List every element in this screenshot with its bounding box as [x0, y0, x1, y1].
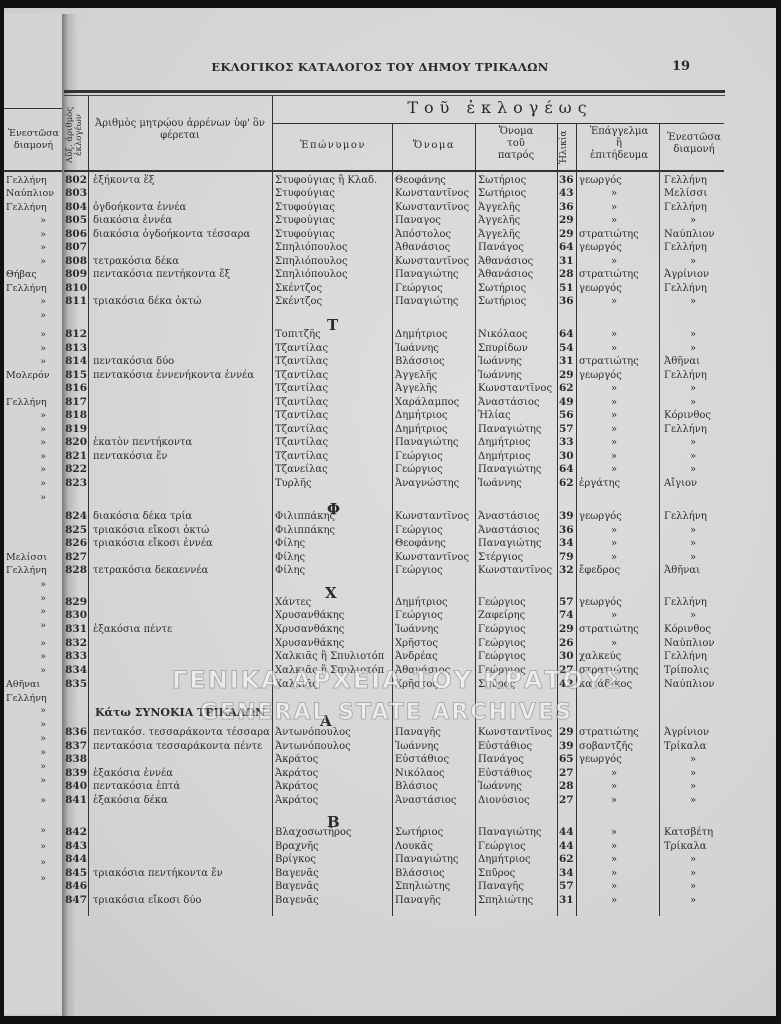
name-cell: Βλάσσιος [395, 867, 445, 880]
age-cell: 54 [559, 342, 574, 355]
col-rule-residence [659, 124, 660, 916]
surname-cell: Σκέντζος [275, 295, 322, 308]
name-cell: Γεώργιος [395, 524, 443, 537]
surname-cell: Ἀντωνόπουλος [275, 740, 351, 753]
residence-cell: Ἀγρίνιον [664, 726, 709, 739]
name-cell: Δημήτριος [395, 328, 448, 341]
age-cell: 65 [559, 753, 574, 766]
age-cell: 49 [559, 396, 574, 409]
surname-cell: Χρυσανθάκης [275, 623, 344, 636]
prev-page-residence: » [6, 491, 60, 504]
age-cell: 30 [559, 450, 574, 463]
name-cell: Ἰωάννης [395, 740, 439, 753]
residence-cell: » [664, 524, 722, 537]
row-number: 840 [65, 780, 87, 793]
header-bottom-rule [64, 170, 724, 172]
prev-page-residence: Ναύπλιον [6, 187, 60, 200]
name-cell: Δημήτριος [395, 423, 448, 436]
father-name-cell: Παναγιώτης [478, 826, 541, 839]
name-cell: Χρῆστος [395, 637, 438, 650]
father-name-cell: Παναγιώτης [478, 537, 541, 550]
name-cell: Κωνσταντῖνος [395, 201, 469, 214]
col-rule-occupation [576, 124, 577, 916]
row-number: 807 [65, 241, 87, 254]
row-number: 803 [65, 187, 87, 200]
residence-cell: » [664, 753, 722, 766]
registry-words: διακόσια ἐννέα [93, 214, 172, 227]
header-occupation: Ἐπάγγελμα ἢ ἐπιτήδευμα [580, 126, 658, 162]
occupation-cell: » [579, 551, 649, 564]
surname-cell: Φιλιππάκης [275, 510, 335, 523]
occupation-cell: » [579, 342, 649, 355]
header-registry: Ἀριθμὸς μητρῴου ἀρρένων ὑφ' ὃν φέρεται [95, 118, 265, 142]
prev-page-residence: Μολερόν [6, 369, 60, 382]
name-cell: Ἀγγελῆς [395, 382, 437, 395]
header-surname: Ἐπώνυμον [274, 140, 392, 152]
prev-header-bottom-rule [4, 170, 62, 172]
occupation-cell: » [579, 826, 649, 839]
residence-cell: Ἀθῆναι [664, 355, 700, 368]
header-residence: Ἐνεστῶσα διαμονή [662, 132, 726, 156]
row-number: 817 [65, 396, 87, 409]
occupation-cell: » [579, 409, 649, 422]
surname-cell: Τζαντίλας [275, 355, 328, 368]
father-name-cell: Κωνσταντῖνος [478, 382, 552, 395]
occupation-cell: » [579, 637, 649, 650]
row-number: 829 [65, 596, 87, 609]
occupation-cell: » [579, 524, 649, 537]
age-cell: 36 [559, 295, 574, 308]
surname-cell: Χρυσανθάκης [275, 609, 344, 622]
row-number: 806 [65, 228, 87, 241]
father-name-cell: Δημήτριος [478, 450, 531, 463]
age-cell: 34 [559, 867, 574, 880]
age-cell: 27 [559, 767, 574, 780]
occupation-cell: » [579, 382, 649, 395]
registry-words: τριακόσια εἴκοσι ἐννέα [93, 537, 213, 550]
occupation-cell: στρατιώτης [579, 228, 649, 241]
name-cell: Κωνσταντῖνος [395, 551, 469, 564]
prev-page-residence: Γελλήνη [6, 174, 60, 187]
surname-cell: Τζαντίλας [275, 342, 328, 355]
registry-words: ὀγδοήκοντα ἐννέα [93, 201, 186, 214]
name-cell: Ἰωάννης [395, 342, 439, 355]
surname-cell: Στυφούγιας [275, 201, 335, 214]
registry-words: ἑκατὸν πεντήκοντα [93, 436, 192, 449]
prev-page-residence: » [6, 840, 60, 853]
name-cell: Παναγιώτης [395, 295, 458, 308]
occupation-cell: » [579, 396, 649, 409]
age-cell: 31 [559, 255, 574, 268]
father-name-cell: Γεώργιος [478, 623, 526, 636]
prev-page-residence: » [6, 704, 60, 717]
age-cell: 44 [559, 826, 574, 839]
prev-page-residence: » [6, 309, 60, 322]
prev-page-residence: » [6, 241, 60, 254]
occupation-cell: » [579, 867, 649, 880]
name-cell: Γεώργιος [395, 463, 443, 476]
occupation-cell: » [579, 880, 649, 893]
father-name-cell: Γεώργιος [478, 637, 526, 650]
name-cell: Νικόλαος [395, 767, 445, 780]
row-number: 844 [65, 853, 87, 866]
residence-cell: » [664, 396, 722, 409]
residence-cell: Γελλήνη [664, 369, 707, 382]
prev-page-residence: Γελλήνη [6, 564, 60, 577]
row-number: 835 [65, 678, 87, 691]
occupation-cell: στρατιώτης [579, 355, 649, 368]
prev-page-residence: » [6, 436, 60, 449]
name-cell: Ἰωάννης [395, 623, 439, 636]
occupation-cell: ἔφεδρος [579, 564, 649, 577]
prev-page-residence: » [6, 295, 60, 308]
residence-cell: » [664, 853, 722, 866]
age-cell: 64 [559, 328, 574, 341]
prev-page-residence: » [6, 637, 60, 650]
surname-cell: Φίλης [275, 564, 305, 577]
surname-cell: Φιλιππάκης [275, 524, 335, 537]
occupation-cell: » [579, 295, 649, 308]
prev-header-rule [4, 108, 62, 109]
name-cell: Ἀναστάσιος [395, 794, 457, 807]
col-rule-registry [88, 96, 89, 916]
header-prev-residence-label: Ἐνεστῶσα διαμονή [8, 128, 59, 151]
father-name-cell: Εὐστάθιος [478, 740, 532, 753]
surname-cell: Τζαντίλας [275, 436, 328, 449]
occupation-cell: στρατιώτης [579, 268, 649, 281]
name-cell: Παναγιώτης [395, 268, 458, 281]
age-cell: 33 [559, 436, 574, 449]
age-cell: 27 [559, 794, 574, 807]
surname-cell: Χρυσανθάκης [275, 637, 344, 650]
age-cell: 43 [559, 187, 574, 200]
surname-cell: Φίλης [275, 537, 305, 550]
name-cell: Κωνσταντῖνος [395, 255, 469, 268]
age-cell: 57 [559, 596, 574, 609]
father-name-cell: Κωνσταντῖνος [478, 564, 552, 577]
header-subrule [272, 123, 724, 124]
prev-page-residence: » [6, 477, 60, 490]
name-cell: Κωνσταντῖνος [395, 510, 469, 523]
header-age: Ἡλικία [560, 128, 574, 166]
surname-cell: Βλαχοσωτῆρος [275, 826, 352, 839]
occupation-cell: γεωργός [579, 282, 649, 295]
surname-cell: Ἀκράτος [275, 767, 318, 780]
occupation-cell: » [579, 450, 649, 463]
header-residence-l2: διαμονή [662, 144, 726, 156]
surname-cell: Στυφούγιας ἢ Κλαδ. [275, 174, 377, 187]
residence-cell: Ναύπλιον [664, 678, 715, 691]
age-cell: 32 [559, 564, 574, 577]
prev-page-residence: Μελίσσι [6, 551, 60, 564]
prev-page-residence: » [6, 255, 60, 268]
col-rule-age [557, 124, 558, 916]
name-cell: Γεώργιος [395, 450, 443, 463]
name-cell: Σωτήριος [395, 826, 443, 839]
registry-words: τετρακόσια δέκα [93, 255, 179, 268]
occupation-cell: » [579, 214, 649, 227]
header-occupation-l2: ἢ [580, 138, 658, 150]
father-name-cell: Ἰωάννης [478, 355, 522, 368]
header-father-l2: τοῦ [476, 138, 556, 150]
registry-words: πεντακόσ. τεσσαράκοντα τέσσαρα [93, 726, 270, 739]
father-name-cell: Σπῦρος [478, 867, 515, 880]
residence-cell: Γελλήνη [664, 650, 707, 663]
father-name-cell: Ἰωάννης [478, 780, 522, 793]
name-cell: Παναγιώτης [395, 853, 458, 866]
father-name-cell: Γεώργιος [478, 650, 526, 663]
row-number: 804 [65, 201, 87, 214]
surname-cell: Ἀκράτος [275, 753, 318, 766]
occupation-cell: » [579, 255, 649, 268]
age-cell: 31 [559, 355, 574, 368]
name-cell: Παναγιώτης [395, 436, 458, 449]
row-number: 818 [65, 409, 87, 422]
residence-cell: » [664, 450, 722, 463]
prev-page-residence: » [6, 342, 60, 355]
father-name-cell: Ἀγγελῆς [478, 201, 520, 214]
row-number: 834 [65, 664, 87, 677]
surname-cell: Βαγενᾶς [275, 880, 319, 893]
age-cell: 51 [559, 282, 574, 295]
header-father: Ὄνομα τοῦ πατρός [476, 126, 556, 162]
occupation-cell: γεωργός [579, 174, 649, 187]
prev-page-residence: Γελλήνη [6, 396, 60, 409]
section-letter-x: Χ [325, 584, 337, 602]
row-number: 839 [65, 767, 87, 780]
father-name-cell: Δημήτριος [478, 436, 531, 449]
surname-cell: Βαγενᾶς [275, 894, 319, 907]
surname-cell: Φίλης [275, 551, 305, 564]
prev-page-residence: » [6, 760, 60, 773]
occupation-cell: γεωργός [579, 753, 649, 766]
residence-cell: Κόρινθος [664, 409, 711, 422]
prev-page-residence: » [6, 732, 60, 745]
residence-cell: Γελλήνη [664, 241, 707, 254]
residence-cell: Γελλήνη [664, 596, 707, 609]
prev-page-residence: » [6, 664, 60, 677]
row-number: 822 [65, 463, 87, 476]
row-number: 810 [65, 282, 87, 295]
surname-cell: Ἀκράτος [275, 794, 318, 807]
age-cell: 29 [559, 623, 574, 636]
row-number: 823 [65, 477, 87, 490]
residence-cell: Κατσβέτη [664, 826, 713, 839]
age-cell: 39 [559, 740, 574, 753]
residence-cell: » [664, 880, 722, 893]
registry-words: τετρακόσια δεκαεννέα [93, 564, 208, 577]
residence-cell: » [664, 342, 722, 355]
row-number: 820 [65, 436, 87, 449]
residence-cell: Αἴγιον [664, 477, 697, 490]
row-number: 815 [65, 369, 87, 382]
surname-cell: Βραχνῆς [275, 840, 319, 853]
age-cell: 62 [559, 382, 574, 395]
header-father-l3: πατρός [476, 150, 556, 162]
row-number: 837 [65, 740, 87, 753]
watermark-line2: GENERAL STATE ARCHIVES [200, 700, 573, 725]
header-voter-group: Τοῦ ἐκλογέως [280, 98, 720, 118]
prev-page-residence: » [6, 718, 60, 731]
surname-cell: Τζαντίλας [275, 423, 328, 436]
name-cell: Ἀγγελῆς [395, 369, 437, 382]
age-cell: 62 [559, 477, 574, 490]
row-number: 812 [65, 328, 87, 341]
occupation-cell: » [579, 537, 649, 550]
residence-cell: » [664, 551, 722, 564]
residence-cell: Γελλήνη [664, 201, 707, 214]
father-name-cell: Πανάγος [478, 241, 524, 254]
name-cell: Γεώργιος [395, 609, 443, 622]
occupation-cell: γεωργός [579, 241, 649, 254]
residence-cell: » [664, 867, 722, 880]
age-cell: 36 [559, 201, 574, 214]
age-cell: 79 [559, 551, 574, 564]
page-number: 19 [672, 59, 690, 74]
col-rule-surname [272, 96, 273, 916]
row-number: 813 [65, 342, 87, 355]
col-rule-name [392, 124, 393, 916]
row-number: 821 [65, 450, 87, 463]
occupation-cell: ἐργάτης [579, 477, 649, 490]
occupation-cell: » [579, 463, 649, 476]
age-cell: 26 [559, 637, 574, 650]
occupation-cell: » [579, 423, 649, 436]
age-cell: 57 [559, 423, 574, 436]
registry-words: ἑξακόσια ἐννέα [93, 767, 173, 780]
surname-cell: Σπηλιόπουλος [275, 268, 348, 281]
name-cell: Γεώργιος [395, 564, 443, 577]
prev-page-residence: Αθῆναι [6, 678, 60, 691]
running-head: ΕΚΛΟΓΙΚΟΣ ΚΑΤΑΛΟΓΟΣ ΤΟΥ ΔΗΜΟΥ ΤΡΙΚΑΛΩΝ [210, 60, 550, 74]
row-number: 832 [65, 637, 87, 650]
age-cell: 34 [559, 537, 574, 550]
name-cell: Βλάσσιος [395, 355, 445, 368]
age-cell: 64 [559, 241, 574, 254]
prev-page-residence: » [6, 592, 60, 605]
occupation-cell: » [579, 894, 649, 907]
occupation-cell: γεωργός [579, 510, 649, 523]
father-name-cell: Παναγῆς [478, 880, 524, 893]
row-number: 816 [65, 382, 87, 395]
occupation-cell: » [579, 780, 649, 793]
row-number: 805 [65, 214, 87, 227]
name-cell: Γεώργιος [395, 282, 443, 295]
prev-page-residence: » [6, 856, 60, 869]
header-prev-residence: Ἐνεστῶσα διαμονή [6, 128, 61, 152]
residence-cell: » [664, 328, 722, 341]
row-number: 830 [65, 609, 87, 622]
age-cell: 44 [559, 840, 574, 853]
residence-cell: Ἀθῆναι [664, 564, 700, 577]
prev-page-residence: » [6, 328, 60, 341]
surname-cell: Βαγενᾶς [275, 867, 319, 880]
registry-words: πεντακόσια δύο [93, 355, 174, 368]
father-name-cell: Ἀθανάσιος [478, 255, 533, 268]
row-number: 802 [65, 174, 87, 187]
residence-cell: Τρίκαλα [664, 840, 707, 853]
residence-cell: » [664, 214, 722, 227]
residence-cell: » [664, 382, 722, 395]
father-name-cell: Ἀναστάσιος [478, 524, 540, 537]
row-number: 847 [65, 894, 87, 907]
row-number: 809 [65, 268, 87, 281]
registry-words: πεντακόσια πεντήκοντα ἕξ [93, 268, 230, 281]
father-name-cell: Δημήτριος [478, 853, 531, 866]
header-rule-thin [64, 95, 725, 96]
residence-cell: » [664, 295, 722, 308]
father-name-cell: Νικόλαος [478, 328, 528, 341]
occupation-cell: γεωργός [579, 596, 649, 609]
prev-page-residence: » [6, 214, 60, 227]
row-number: 842 [65, 826, 87, 839]
age-cell: 29 [559, 214, 574, 227]
occupation-cell: » [579, 853, 649, 866]
father-name-cell: Σωτήριος [478, 187, 526, 200]
row-number: 846 [65, 880, 87, 893]
father-name-cell: Ἠλίας [478, 409, 511, 422]
surname-cell: Τζαντίλας [275, 450, 328, 463]
col-rule-father [475, 124, 476, 916]
name-cell: Εὐστάθιος [395, 753, 449, 766]
row-number: 833 [65, 650, 87, 663]
registry-words: τριακόσια εἴκοσι ὀκτώ [93, 524, 209, 537]
row-number: 828 [65, 564, 87, 577]
header-occupation-l3: ἐπιτήδευμα [580, 150, 658, 162]
father-name-cell: Ἰωάννης [478, 369, 522, 382]
name-cell: Ἀθανάσιος [395, 241, 450, 254]
age-cell: 36 [559, 524, 574, 537]
occupation-cell: » [579, 609, 649, 622]
residence-cell: » [664, 609, 722, 622]
residence-cell: » [664, 794, 722, 807]
father-name-cell: Ζαφείρης [478, 609, 525, 622]
surname-cell: Σπηλιόπουλος [275, 241, 348, 254]
father-name-cell: Ἀθανάσιος [478, 268, 533, 281]
registry-words: πεντακόσια ἐννενήκοντα ἐννέα [93, 369, 254, 382]
residence-cell: Ναύπλιον [664, 637, 715, 650]
row-number: 841 [65, 794, 87, 807]
header-voter-no: Αὔξ. ἀριθμὸς ἐκλογέων [66, 100, 86, 170]
father-name-cell: Κωνσταντῖνος [478, 726, 552, 739]
surname-cell: Βρίγκος [275, 853, 316, 866]
occupation-cell: γεωργός [579, 369, 649, 382]
row-number: 831 [65, 623, 87, 636]
row-number: 845 [65, 867, 87, 880]
name-cell: Βλάσιος [395, 780, 438, 793]
surname-cell: Τζαντίλας [275, 382, 328, 395]
father-name-cell: Παναγιώτης [478, 423, 541, 436]
registry-words: διακόσια δέκα τρία [93, 510, 192, 523]
name-cell: Σπηλιώτης [395, 880, 450, 893]
age-cell: 31 [559, 894, 574, 907]
surname-cell: Στυφούγιας [275, 187, 335, 200]
occupation-cell: » [579, 840, 649, 853]
prev-page-residence: » [6, 872, 60, 885]
age-cell: 56 [559, 409, 574, 422]
prev-page-residence: » [6, 824, 60, 837]
prev-page-residence: » [6, 423, 60, 436]
prev-page-residence: » [6, 463, 60, 476]
prev-page-residence: Γελλήνη [6, 201, 60, 214]
row-number: 826 [65, 537, 87, 550]
residence-cell: » [664, 894, 722, 907]
father-name-cell: Ἀναστάσιος [478, 510, 540, 523]
father-name-cell: Ἀγγελῆς [478, 228, 520, 241]
prev-page-residence: Γελλήνη [6, 282, 60, 295]
occupation-cell: » [579, 187, 649, 200]
age-cell: 29 [559, 228, 574, 241]
